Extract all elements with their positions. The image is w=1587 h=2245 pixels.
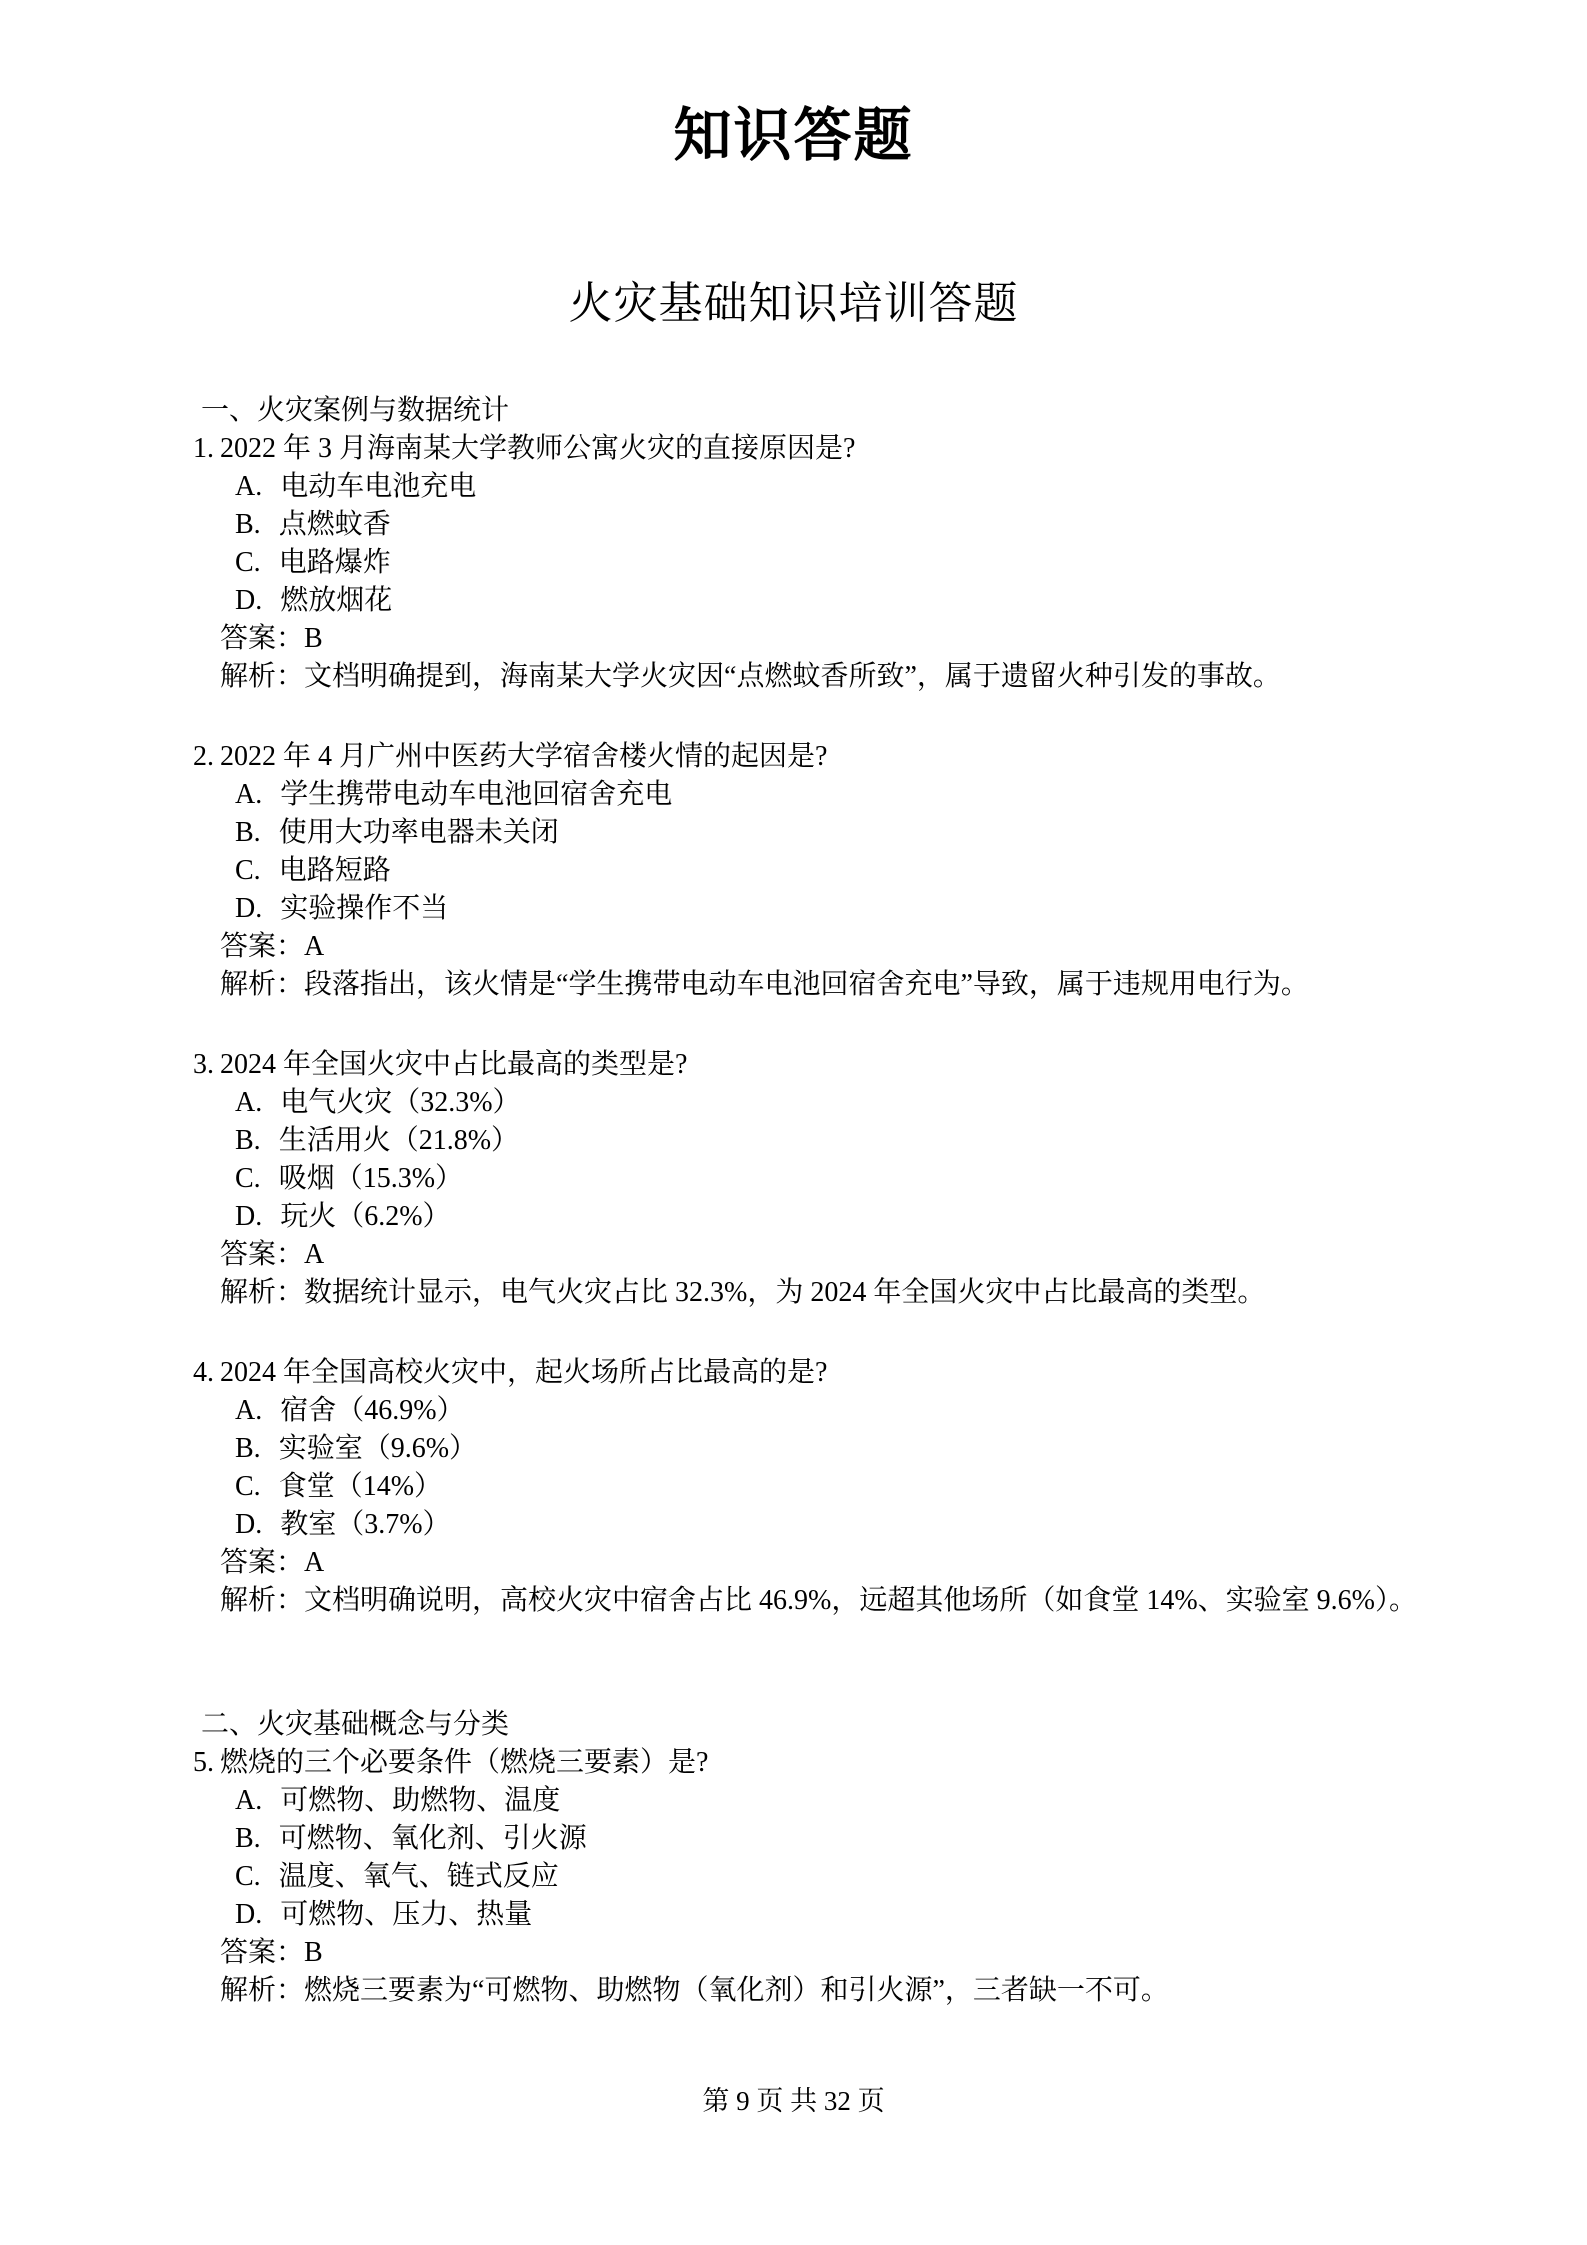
answer-label: 答案： (220, 1937, 304, 1968)
option-label: B. (235, 1433, 261, 1464)
document-page: { "doc": { "title": "知识答题", "subtitle": … (0, 0, 1587, 2245)
explanation-label: 解析： (220, 969, 304, 1000)
question-block: 1.2022 年 3 月海南某大学教师公寓火灾的直接原因是?A.电动车电池充电B… (147, 430, 1455, 696)
question-number: 5. (193, 1747, 214, 1778)
question-number: 4. (193, 1357, 214, 1388)
question-text: 2022 年 3 月海南某大学教师公寓火灾的直接原因是? (220, 433, 855, 464)
option-label: D. (235, 1201, 262, 1232)
explanation-text: 段落指出，该火情是“学生携带电动车电池回宿舍充电”导致，属于违规用电行为。 (304, 969, 1309, 1000)
option-text: 实验操作不当 (280, 893, 448, 924)
option-label: A. (235, 1785, 262, 1816)
section: 一、火灾案例与数据统计1.2022 年 3 月海南某大学教师公寓火灾的直接原因是… (147, 392, 1455, 1620)
answer-line: 答案：A (147, 928, 1455, 966)
option-line: B.点燃蚊香 (147, 506, 1455, 544)
option-line: A.电气火灾（32.3%） (147, 1084, 1455, 1122)
question-text: 燃烧的三个必要条件（燃烧三要素）是? (220, 1747, 708, 1778)
option-text: 可燃物、氧化剂、引火源 (279, 1823, 587, 1854)
option-label: A. (235, 779, 262, 810)
explanation-label: 解析： (220, 1975, 304, 2006)
option-line: C.温度、氧气、链式反应 (147, 1858, 1455, 1896)
option-line: C.食堂（14%） (147, 1468, 1455, 1506)
answer-line: 答案：A (147, 1544, 1455, 1582)
question-number: 1. (193, 433, 214, 464)
page-number: 第 9 页 共 32 页 (702, 2086, 884, 2116)
answer-value: B (304, 1937, 323, 1968)
explanation-text: 数据统计显示，电气火灾占比 32.3%，为 2024 年全国火灾中占比最高的类型… (304, 1277, 1265, 1308)
question-block: 4.2024 年全国高校火灾中，起火场所占比最高的是?A.宿舍（46.9%）B.… (147, 1354, 1455, 1620)
question-text: 2024 年全国高校火灾中，起火场所占比最高的是? (220, 1357, 827, 1388)
section: 二、火灾基础概念与分类5.燃烧的三个必要条件（燃烧三要素）是?A.可燃物、助燃物… (147, 1706, 1455, 2010)
option-text: 点燃蚊香 (279, 509, 391, 540)
option-text: 燃放烟花 (280, 585, 392, 616)
option-line: A.可燃物、助燃物、温度 (147, 1782, 1455, 1820)
question-text: 2022 年 4 月广州中医药大学宿舍楼火情的起因是? (220, 741, 827, 772)
question-text: 2024 年全国火灾中占比最高的类型是? (220, 1049, 687, 1080)
document-subtitle: 火灾基础知识培训答题 (0, 276, 1587, 332)
option-text: 教室（3.7%） (280, 1509, 450, 1540)
explanation-label: 解析： (220, 1277, 304, 1308)
question-line: 5.燃烧的三个必要条件（燃烧三要素）是? (147, 1744, 1455, 1782)
answer-line: 答案：B (147, 620, 1455, 658)
question-block: 5.燃烧的三个必要条件（燃烧三要素）是?A.可燃物、助燃物、温度B.可燃物、氧化… (147, 1744, 1455, 2010)
question-line: 1.2022 年 3 月海南某大学教师公寓火灾的直接原因是? (147, 430, 1455, 468)
option-line: A.电动车电池充电 (147, 468, 1455, 506)
option-text: 电路短路 (279, 855, 391, 886)
option-text: 吸烟（15.3%） (279, 1163, 463, 1194)
explanation-label: 解析： (220, 1585, 304, 1616)
option-label: B. (235, 1823, 261, 1854)
question-block: 2.2022 年 4 月广州中医药大学宿舍楼火情的起因是?A.学生携带电动车电池… (147, 738, 1455, 1004)
option-text: 可燃物、助燃物、温度 (280, 1785, 560, 1816)
answer-label: 答案： (220, 623, 304, 654)
option-line: C.吸烟（15.3%） (147, 1160, 1455, 1198)
option-text: 玩火（6.2%） (280, 1201, 450, 1232)
answer-value: B (304, 623, 323, 654)
option-label: C. (235, 855, 261, 886)
section-heading: 一、火灾案例与数据统计 (147, 392, 1455, 430)
option-label: C. (235, 1471, 261, 1502)
explanation-line: 解析：数据统计显示，电气火灾占比 32.3%，为 2024 年全国火灾中占比最高… (147, 1274, 1455, 1312)
option-line: D.教室（3.7%） (147, 1506, 1455, 1544)
option-label: D. (235, 893, 262, 924)
answer-label: 答案： (220, 1547, 304, 1578)
option-text: 生活用火（21.8%） (279, 1125, 519, 1156)
answer-value: A (304, 1239, 324, 1270)
question-line: 3.2024 年全国火灾中占比最高的类型是? (147, 1046, 1455, 1084)
option-label: C. (235, 1163, 261, 1194)
option-line: B.可燃物、氧化剂、引火源 (147, 1820, 1455, 1858)
question-block: 3.2024 年全国火灾中占比最高的类型是?A.电气火灾（32.3%）B.生活用… (147, 1046, 1455, 1312)
answer-value: A (304, 1547, 324, 1578)
option-label: B. (235, 509, 261, 540)
option-text: 学生携带电动车电池回宿舍充电 (280, 779, 672, 810)
answer-line: 答案：B (147, 1934, 1455, 1972)
option-text: 电动车电池充电 (280, 471, 476, 502)
page-footer: 第 9 页 共 32 页 (0, 2083, 1587, 2119)
document-title: 知识答题 (0, 100, 1587, 172)
option-line: B.实验室（9.6%） (147, 1430, 1455, 1468)
option-label: B. (235, 817, 261, 848)
option-line: A.宿舍（46.9%） (147, 1392, 1455, 1430)
explanation-line: 解析：文档明确说明，高校火灾中宿舍占比 46.9%，远超其他场所（如食堂 14%… (147, 1582, 1455, 1620)
option-label: B. (235, 1125, 261, 1156)
explanation-text: 文档明确提到，海南某大学火灾因“点燃蚊香所致”，属于遗留火种引发的事故。 (304, 661, 1281, 692)
option-line: C.电路爆炸 (147, 544, 1455, 582)
option-text: 电路爆炸 (279, 547, 391, 578)
option-text: 食堂（14%） (279, 1471, 442, 1502)
option-text: 使用大功率电器未关闭 (279, 817, 559, 848)
option-line: A.学生携带电动车电池回宿舍充电 (147, 776, 1455, 814)
option-label: A. (235, 471, 262, 502)
option-label: D. (235, 585, 262, 616)
option-label: C. (235, 547, 261, 578)
answer-line: 答案：A (147, 1236, 1455, 1274)
explanation-text: 燃烧三要素为“可燃物、助燃物（氧化剂）和引火源”，三者缺一不可。 (304, 1975, 1169, 2006)
option-line: D.可燃物、压力、热量 (147, 1896, 1455, 1934)
option-text: 宿舍（46.9%） (280, 1395, 464, 1426)
option-text: 电气火灾（32.3%） (280, 1087, 520, 1118)
answer-label: 答案： (220, 931, 304, 962)
option-label: D. (235, 1509, 262, 1540)
question-line: 2.2022 年 4 月广州中医药大学宿舍楼火情的起因是? (147, 738, 1455, 776)
option-line: B.使用大功率电器未关闭 (147, 814, 1455, 852)
option-label: C. (235, 1861, 261, 1892)
option-text: 实验室（9.6%） (279, 1433, 477, 1464)
explanation-line: 解析：段落指出，该火情是“学生携带电动车电池回宿舍充电”导致，属于违规用电行为。 (147, 966, 1455, 1004)
explanation-label: 解析： (220, 661, 304, 692)
option-text: 温度、氧气、链式反应 (279, 1861, 559, 1892)
option-line: B.生活用火（21.8%） (147, 1122, 1455, 1160)
explanation-text: 文档明确说明，高校火灾中宿舍占比 46.9%，远超其他场所（如食堂 14%、实验… (304, 1585, 1417, 1616)
option-line: C.电路短路 (147, 852, 1455, 890)
option-line: D.实验操作不当 (147, 890, 1455, 928)
option-label: A. (235, 1087, 262, 1118)
answer-label: 答案： (220, 1239, 304, 1270)
option-text: 可燃物、压力、热量 (280, 1899, 532, 1930)
section-heading: 二、火灾基础概念与分类 (147, 1706, 1455, 1744)
explanation-line: 解析：燃烧三要素为“可燃物、助燃物（氧化剂）和引火源”，三者缺一不可。 (147, 1972, 1455, 2010)
option-label: D. (235, 1899, 262, 1930)
question-line: 4.2024 年全国高校火灾中，起火场所占比最高的是? (147, 1354, 1455, 1392)
option-line: D.玩火（6.2%） (147, 1198, 1455, 1236)
question-number: 2. (193, 741, 214, 772)
option-label: A. (235, 1395, 262, 1426)
question-number: 3. (193, 1049, 214, 1080)
option-line: D.燃放烟花 (147, 582, 1455, 620)
quiz-content: 一、火灾案例与数据统计1.2022 年 3 月海南某大学教师公寓火灾的直接原因是… (147, 392, 1455, 2010)
explanation-line: 解析：文档明确提到，海南某大学火灾因“点燃蚊香所致”，属于遗留火种引发的事故。 (147, 658, 1455, 696)
answer-value: A (304, 931, 324, 962)
